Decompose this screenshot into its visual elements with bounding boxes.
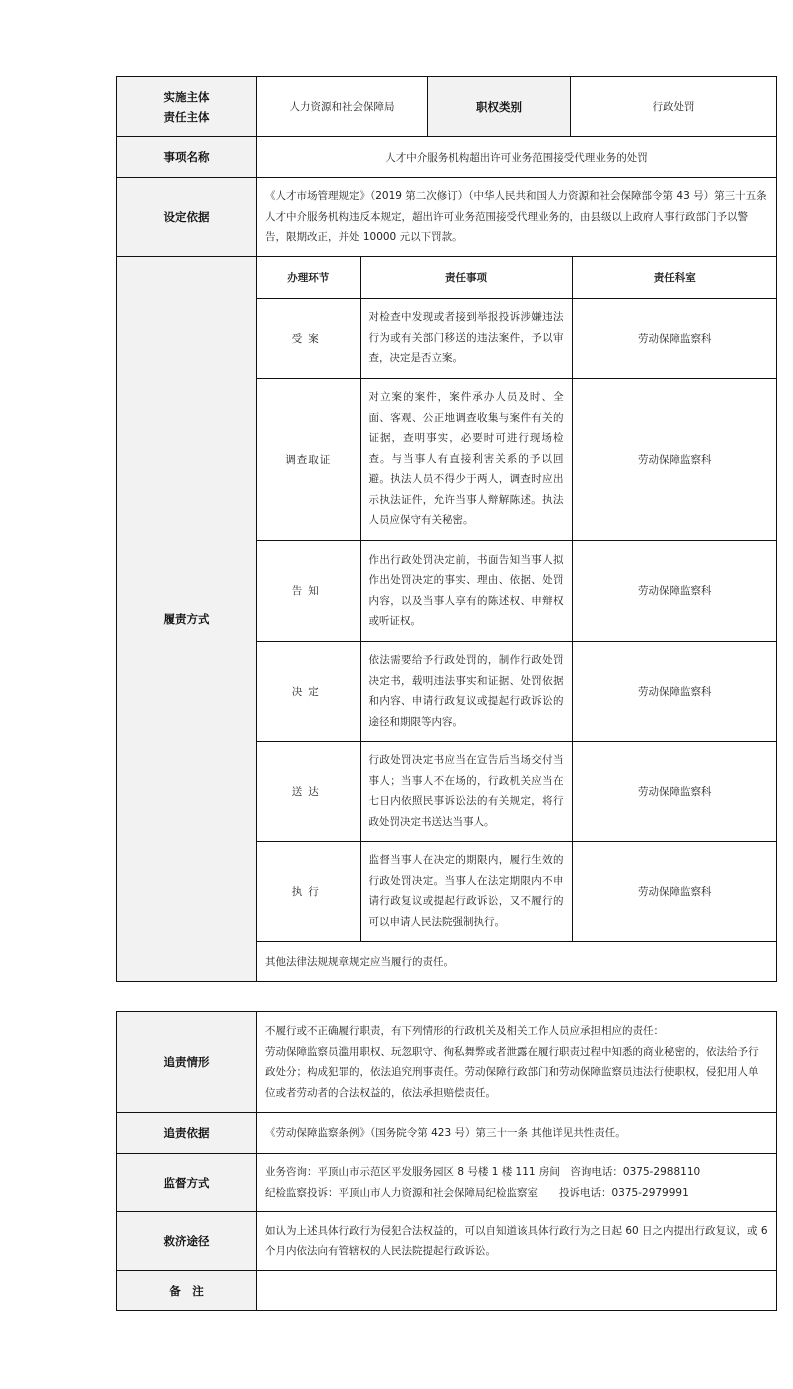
category-label: 职权类别 — [428, 77, 571, 137]
responsible-subject-label: 责任主体 — [117, 107, 256, 127]
duty-cell: 作出行政处罚决定前，书面告知当事人拟作出处罚决定的事实、理由、依据、处罚内容，以… — [360, 540, 572, 641]
header-dept: 责任科室 — [572, 257, 777, 298]
remedy-label: 救济途径 — [117, 1212, 257, 1271]
accountability-table: 追责情形 不履行或不正确履行职责，有下列情形的行政机关及相关工作人员应承担相应的… — [116, 1011, 777, 1311]
header-stage: 办理环节 — [257, 257, 360, 298]
supervision-value: 业务咨询：平顶山市示范区平发服务园区 8 号楼 1 楼 111 房间 咨询电话：… — [257, 1154, 777, 1212]
consult-line: 业务咨询：平顶山市示范区平发服务园区 8 号楼 1 楼 111 房间 咨询电话：… — [265, 1162, 768, 1183]
subject-value: 人力资源和社会保障局 — [257, 77, 428, 137]
responsibility-table: 实施主体 责任主体 人力资源和社会保障局 职权类别 行政处罚 事项名称 人才中介… — [116, 76, 777, 982]
header-duty: 责任事项 — [360, 257, 572, 298]
dept-cell: 劳动保障监察科 — [572, 841, 777, 941]
accountability-label: 追责情形 — [117, 1012, 257, 1113]
stage-cell: 送达 — [257, 741, 360, 841]
basis-value: 《人才市场管理规定》（2019 第二次修订）（中华人民共和国人力资源和社会保障部… — [257, 178, 777, 257]
table-row: 送达 行政处罚决定书应当在宣告后当场交付当事人；当事人不在场的，行政机关应当在七… — [257, 741, 777, 841]
stage-cell: 执行 — [257, 841, 360, 941]
table-row: 告知 作出行政处罚决定前，书面告知当事人拟作出处罚决定的事实、理由、依据、处罚内… — [257, 540, 777, 641]
other-duties: 其他法律法规规章规定应当履行的责任。 — [257, 941, 777, 981]
dept-cell: 劳动保障监察科 — [572, 378, 777, 540]
category-value: 行政处罚 — [571, 77, 777, 137]
subject-label: 实施主体 责任主体 — [117, 77, 257, 137]
table-row: 调查取证 对立案的案件，案件承办人员及时、全面、客观、公正地调查收集与案件有关的… — [257, 378, 777, 540]
duty-cell: 对立案的案件，案件承办人员及时、全面、客观、公正地调查收集与案件有关的证据，查明… — [360, 378, 572, 540]
stage-cell: 调查取证 — [257, 378, 360, 540]
item-name-label: 事项名称 — [117, 137, 257, 178]
accountability-detail: 劳动保障监察员滥用职权、玩忽职守、徇私舞弊或者泄露在履行职责过程中知悉的商业秘密… — [265, 1042, 768, 1104]
dept-cell: 劳动保障监察科 — [572, 741, 777, 841]
duty-cell: 依法需要给予行政处罚的，制作行政处罚决定书，载明违法事实和证据、处罚依据和内容、… — [360, 641, 572, 741]
duty-cell: 行政处罚决定书应当在宣告后当场交付当事人；当事人不在场的，行政机关应当在七日内依… — [360, 741, 572, 841]
table-row: 受案 对检查中发现或者接到举报投诉涉嫌违法行为或有关部门移送的违法案件，予以审查… — [257, 298, 777, 378]
table-row: 执行 监督当事人在决定的期限内，履行生效的行政处罚决定。当事人在法定期限内不申请… — [257, 841, 777, 941]
item-name-value: 人才中介服务机构超出许可业务范围接受代理业务的处罚 — [257, 137, 777, 178]
duty-method-cell: 办理环节 责任事项 责任科室 受案 对检查中发现或者接到举报投诉涉嫌违法行为或有… — [257, 257, 777, 982]
duty-cell: 对检查中发现或者接到举报投诉涉嫌违法行为或有关部门移送的违法案件，予以审查，决定… — [360, 298, 572, 378]
implementing-subject-label: 实施主体 — [117, 87, 256, 107]
supervision-label: 监督方式 — [117, 1154, 257, 1212]
remarks-label: 备 注 — [117, 1271, 257, 1311]
accountability-intro: 不履行或不正确履行职责，有下列情形的行政机关及相关工作人员应承担相应的责任： — [265, 1021, 768, 1042]
remarks-value — [257, 1271, 777, 1311]
dept-cell: 劳动保障监察科 — [572, 540, 777, 641]
remedy-value: 如认为上述具体行政行为侵犯合法权益的，可以自知道该具体行政行为之日起 60 日之… — [257, 1212, 777, 1271]
duty-detail-table: 办理环节 责任事项 责任科室 受案 对检查中发现或者接到举报投诉涉嫌违法行为或有… — [257, 257, 777, 981]
stage-cell: 受案 — [257, 298, 360, 378]
duty-cell: 监督当事人在决定的期限内，履行生效的行政处罚决定。当事人在法定期限内不申请行政复… — [360, 841, 572, 941]
basis-label: 设定依据 — [117, 178, 257, 257]
dept-cell: 劳动保障监察科 — [572, 298, 777, 378]
dept-cell: 劳动保障监察科 — [572, 641, 777, 741]
stage-cell: 告知 — [257, 540, 360, 641]
accountability-value: 不履行或不正确履行职责，有下列情形的行政机关及相关工作人员应承担相应的责任： 劳… — [257, 1012, 777, 1113]
duty-method-label: 履责方式 — [117, 257, 257, 982]
complaint-line: 纪检监察投诉：平顶山市人力资源和社会保障局纪检监察室 投诉电话：0375-297… — [265, 1183, 768, 1204]
table-row: 决定 依法需要给予行政处罚的，制作行政处罚决定书，载明违法事实和证据、处罚依据和… — [257, 641, 777, 741]
acc-basis-label: 追责依据 — [117, 1113, 257, 1154]
acc-basis-value: 《劳动保障监察条例》（国务院令第 423 号）第三十一条 其他详见共性责任。 — [257, 1113, 777, 1154]
stage-cell: 决定 — [257, 641, 360, 741]
